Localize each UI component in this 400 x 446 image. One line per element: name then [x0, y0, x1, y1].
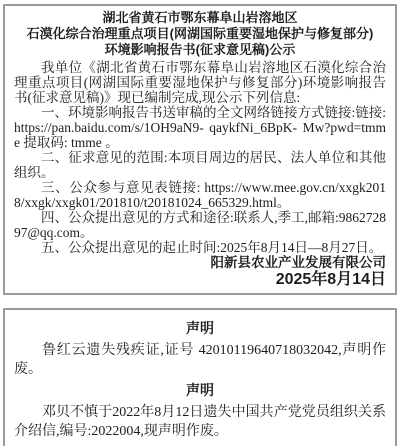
company-signature: 阳新县农业产业发展有限公司	[14, 255, 386, 271]
declaration-2-heading: 声明	[14, 382, 386, 398]
declarations-box: 声明 鲁红云遗失残疾证,证号 42010119640718032042,声明作废…	[3, 308, 397, 446]
notice-paragraph-item-5: 五、公众提出意见的起止时间:2025年8月14日—8月27日。	[14, 240, 386, 255]
notice-title: 湖北省黄石市鄂东幕阜山岩溶地区 石漠化综合治理重点项目(网湖国际重要湿地保护与修…	[14, 10, 386, 58]
notice-box: 湖北省黄石市鄂东幕阜山岩溶地区 石漠化综合治理重点项目(网湖国际重要湿地保护与修…	[3, 4, 397, 295]
notice-paragraph-item-3: 三、公众参与意见表链接: https://www.mee.gov.cn/xxgk…	[14, 180, 386, 210]
notice-title-line-1: 湖北省黄石市鄂东幕阜山岩溶地区	[14, 10, 386, 26]
notice-paragraph-intro: 我单位《湖北省黄石市鄂东幕阜山岩溶地区石漠化综合治理重点项目(网湖国际重要湿地保…	[14, 60, 386, 105]
notice-title-line-2: 石漠化综合治理重点项目(网湖国际重要湿地保护与修复部分)	[14, 26, 386, 42]
declaration-2-body: 邓贝不慎于2022年8月12日遗失中国共产党党员组织关系介绍信,编号:20220…	[14, 403, 386, 441]
notice-title-line-3: 环境影响报告书(征求意见稿)公示	[14, 42, 386, 58]
notice-paragraph-item-2: 二、征求意见的范围:本项目周边的居民、法人单位和其他组织。	[14, 150, 386, 180]
notice-paragraph-item-4: 四、公众提出意见的方式和途径:联系人,季工,邮箱:986272897@qq.co…	[14, 210, 386, 240]
declaration-1-heading: 声明	[14, 320, 386, 336]
declaration-1-body: 鲁红云遗失残疾证,证号 42010119640718032042,声明作废。	[14, 341, 386, 379]
notice-date: 2025年8月14日	[14, 271, 386, 289]
notice-paragraph-item-1: 一、环境影响报告书送审稿的全文网络链接方式链接:链接: https://pan.…	[14, 105, 386, 150]
